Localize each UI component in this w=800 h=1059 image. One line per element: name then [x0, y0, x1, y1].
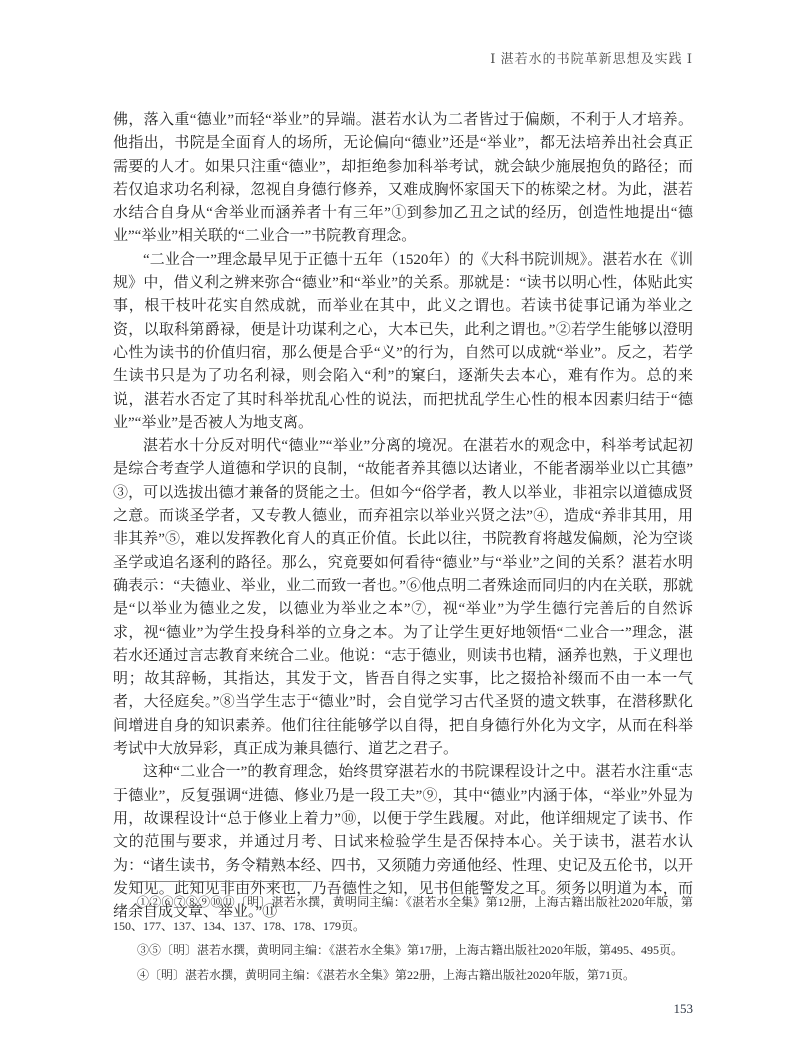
- running-header: Ⅰ 湛若水的书院革新思想及实践 Ⅰ: [113, 48, 693, 67]
- footnote-divider: [131, 881, 312, 882]
- footnote: ④〔明〕湛若水撰，黄明同主编：《湛若水全集》第22册，上海古籍出版社2020年版…: [113, 963, 693, 987]
- page-number: 153: [113, 1001, 693, 1017]
- footnote: ③⑤〔明〕湛若水撰，黄明同主编：《湛若水全集》第17册，上海古籍出版社2020年…: [113, 938, 693, 962]
- document-page: Ⅰ 湛若水的书院革新思想及实践 Ⅰ 佛，落入重“德业”而轻“举业”的异端。湛若水…: [0, 0, 800, 1059]
- paragraph: 佛，落入重“德业”而轻“举业”的异端。湛若水认为二者皆过于偏颇，不利于人才培养。…: [113, 109, 693, 249]
- footnote: ①②⑥⑦⑧⑨⑩⑪〔明〕湛若水撰，黄明同主编：《湛若水全集》第12册，上海古籍出版…: [113, 890, 693, 938]
- body-text: 佛，落入重“德业”而轻“举业”的异端。湛若水认为二者皆过于偏颇，不利于人才培养。…: [113, 109, 693, 924]
- paragraph: 湛若水十分反对明代“德业”“举业”分离的境况。在湛若水的观念中，科举考试起初是综…: [113, 435, 693, 761]
- footnote-block: ①②⑥⑦⑧⑨⑩⑪〔明〕湛若水撰，黄明同主编：《湛若水全集》第12册，上海古籍出版…: [113, 881, 693, 987]
- paragraph: “二业合一”理念最早见于正德十五年（1520年）的《大科书院训规》。湛若水在《训…: [113, 249, 693, 435]
